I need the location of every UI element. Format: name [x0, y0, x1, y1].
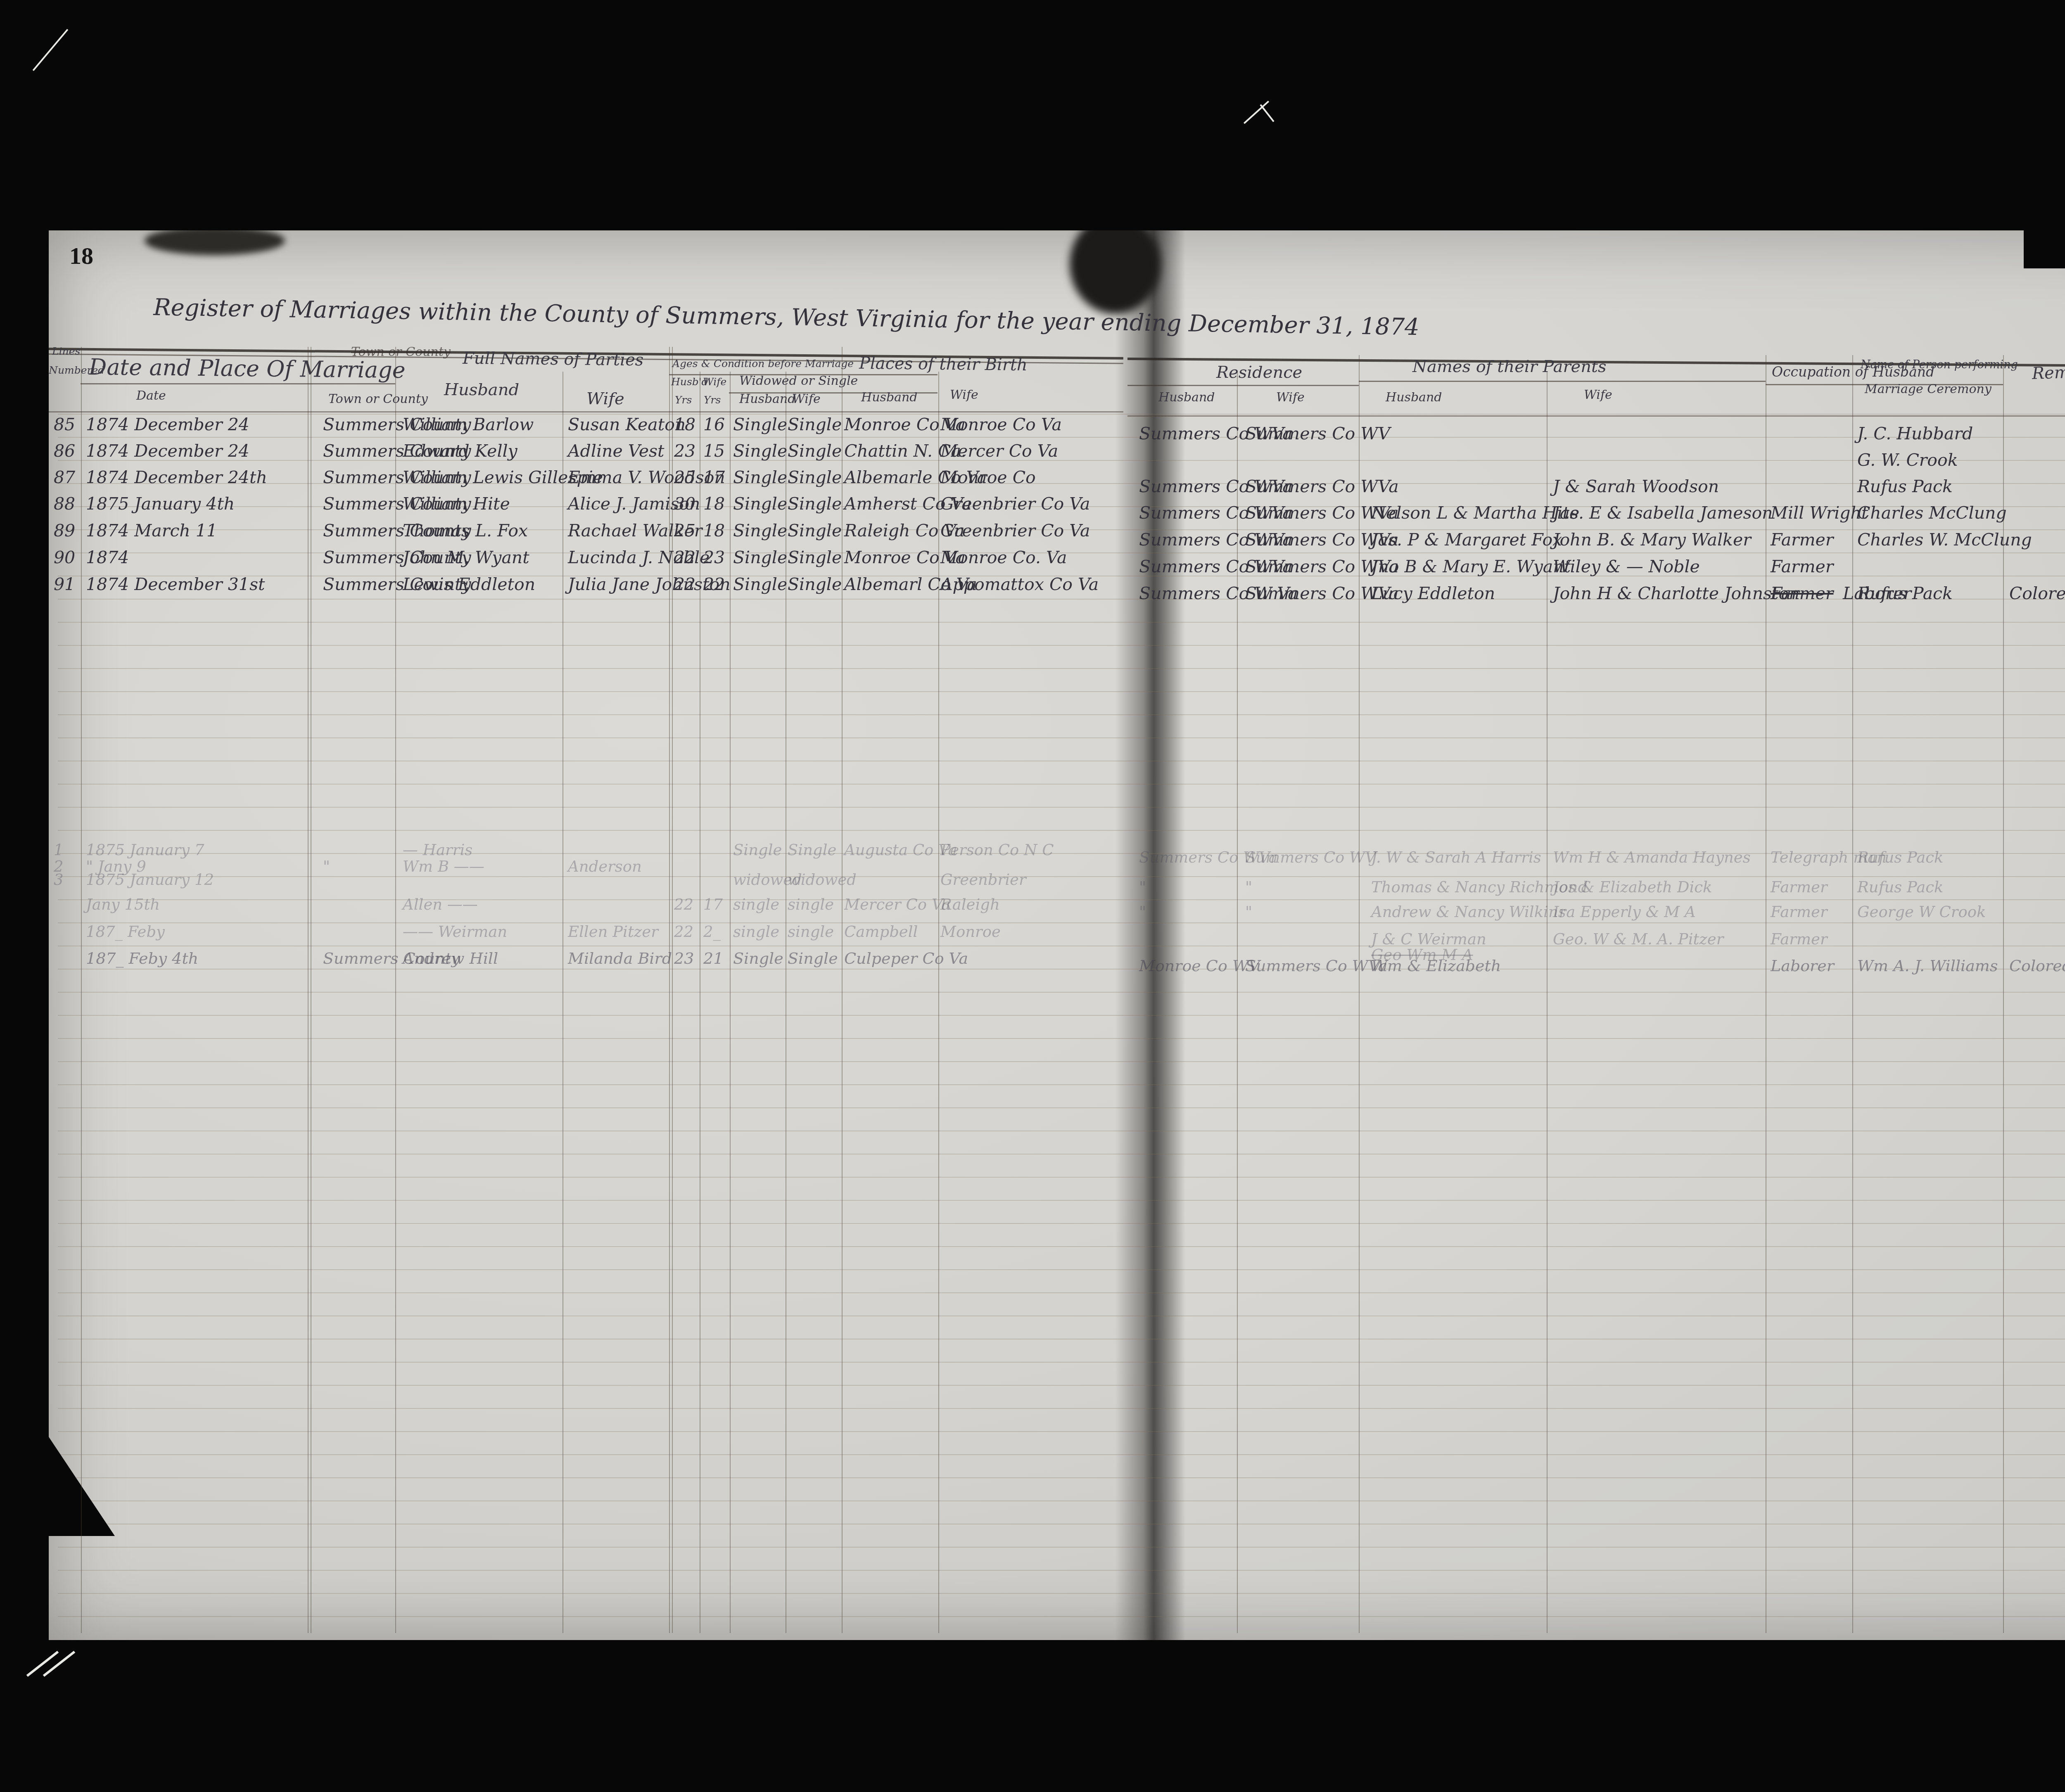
- cell-cond-h: Single: [733, 416, 787, 433]
- cell-par-w: John B. & Mary Walker: [1553, 531, 1751, 548]
- cell-remarks: Colored: [2009, 958, 2065, 974]
- cell-husband: Lewis Eddleton: [403, 576, 535, 593]
- cell-birth-h: Mercer Co Va: [844, 897, 950, 912]
- column-line: [1852, 355, 1853, 1633]
- header-residence-husband: Husband: [1158, 391, 1215, 404]
- header-bottom-rule-right: [1127, 415, 2065, 417]
- cell-cond-w: Single: [788, 469, 842, 486]
- header-full-names: Full Names of Parties: [463, 350, 644, 369]
- cell-age-h: 25: [674, 522, 695, 539]
- cell-age-h: 18: [674, 416, 695, 433]
- cell-cond-h: Single: [733, 576, 787, 593]
- cell-minister: Charles McClung: [1857, 505, 2007, 521]
- cell-minister: Wm A. J. Williams: [1857, 958, 1998, 974]
- cell-date: 1875 January 12: [86, 872, 214, 887]
- cell-par-h: Lucy Eddleton: [1371, 585, 1495, 602]
- header-subrule-date: [81, 383, 395, 384]
- cell-res-w: Summers Co WV: [1245, 850, 1376, 865]
- cell-birth-h: Culpeper Co Va: [844, 951, 968, 966]
- header-bottom-rule-left: [49, 411, 1123, 412]
- cell-res-h: Monroe Co WV: [1139, 958, 1260, 974]
- header-town-sub: Town or County: [328, 393, 428, 405]
- cell-age-h: 23: [674, 951, 694, 966]
- cell-cond-h: single: [733, 924, 779, 939]
- header-minister-line2: Marriage Ceremony: [1865, 383, 1991, 396]
- cell-birth-w: Monroe Co. Va: [940, 549, 1067, 566]
- cell-minister: Rufus Pack: [1857, 879, 1943, 895]
- cell-occupation-struck: Farmer: [1771, 585, 1833, 602]
- cell-minister: Charles W. McClung: [1857, 531, 2032, 548]
- cell-par-w: John H & Charlotte Johnston: [1553, 585, 1800, 602]
- cell-birth-w: Appomattox Co Va: [940, 576, 1099, 593]
- cell-par-w: Wiley & — Noble: [1553, 558, 1700, 575]
- page-top-blotch: [145, 226, 285, 255]
- cell-age-w: 21: [703, 951, 723, 966]
- cell-age-w: 17: [703, 897, 723, 912]
- column-line: [81, 347, 82, 1633]
- cell-husband: John M. Wyant: [403, 549, 529, 566]
- cell-res-h: ": [1139, 904, 1146, 920]
- cell-age-h: 23: [674, 443, 695, 460]
- column-line: [938, 372, 939, 1633]
- column-line: [1766, 355, 1766, 1633]
- column-line: [786, 372, 786, 1633]
- cell-occ: Farmer: [1771, 879, 1828, 895]
- column-line: [672, 347, 673, 1633]
- cell-par-h: Andrew & Nancy Wilkins: [1371, 904, 1566, 920]
- page-corner-notch: [2024, 230, 2065, 268]
- cell-age-h: 30: [674, 495, 695, 512]
- cell-birth-w: Mercer Co Va: [940, 443, 1058, 460]
- header-wife-age: Wife: [703, 377, 726, 387]
- column-line: [842, 347, 843, 1633]
- header-widowed-single: Widowed or Single: [739, 375, 858, 387]
- cell-par-h: Wm & Elizabeth: [1371, 958, 1501, 974]
- header-date-place: Date and Place Of Marriage: [89, 356, 406, 382]
- column-line: [308, 347, 309, 1633]
- cell-minister: George W Crook: [1857, 904, 1986, 920]
- cell-res-w: Summers Co WVa: [1245, 958, 1388, 974]
- cell-date: 1874 December 24th: [86, 469, 267, 486]
- cell-husband: Allen ——: [403, 897, 478, 912]
- header-minister-line1: Name of Person performing: [1861, 359, 2018, 370]
- cell-par-h: Jas. P & Margaret Fox: [1371, 531, 1562, 548]
- cell-occ: Farmer: [1771, 904, 1828, 920]
- cell-date: 1874 December 24: [86, 416, 249, 433]
- cell-no: 90: [54, 549, 75, 566]
- cell-res-w: Summers Co WV: [1245, 425, 1390, 442]
- column-line: [700, 372, 700, 1633]
- cell-husband: Andrew Hill: [403, 951, 498, 966]
- black-border-top: [0, 0, 2065, 230]
- cell-par-h: J & C Weirman: [1371, 932, 1486, 947]
- cell-age-w: 16: [703, 416, 725, 433]
- cell-husband: Edward Kelly: [403, 443, 517, 460]
- cell-husband: William Barlow: [403, 416, 534, 433]
- cell-par-w: Ira Epperly & M A: [1553, 904, 1696, 920]
- cell-res-w: ": [1245, 879, 1252, 895]
- cell-occ: Mill Wright: [1771, 505, 1868, 521]
- header-subrule-residence: [1127, 385, 1359, 386]
- header-wife-name: Wife: [586, 391, 624, 407]
- cell-cond-h: Single: [733, 951, 783, 966]
- header-town-county-struck: Town or County: [351, 346, 451, 358]
- cell-cond-h: Single: [733, 495, 787, 512]
- cell-birth-w: Greenbrier Co Va: [940, 522, 1090, 539]
- cell-age-w: 23: [703, 549, 725, 566]
- cell-birth-w: Person Co N C: [940, 842, 1054, 858]
- cell-res-w: ": [1245, 904, 1252, 920]
- cell-birth-w: Monroe: [940, 924, 1001, 939]
- cell-birth-w: Monroe Co Va: [940, 416, 1062, 433]
- cell-wife: Adline Vest: [568, 443, 664, 460]
- header-yrs-w: Yrs: [704, 395, 721, 405]
- header-husband-name: Husband: [444, 382, 519, 398]
- column-line: [1547, 372, 1548, 1633]
- cell-no: 87: [54, 469, 75, 486]
- cell-cond-w: single: [788, 897, 834, 912]
- header-ages-condition: Ages & Condition before Marriage: [672, 358, 854, 369]
- cell-cond-w: widowed: [788, 872, 857, 887]
- black-border-left: [0, 0, 49, 1792]
- cell-cond-h: Single: [733, 842, 782, 858]
- cell-minister: Rufus Pack: [1857, 585, 1953, 602]
- cell-age-h: 22: [674, 897, 693, 912]
- column-line: [730, 372, 731, 1633]
- cell-age-h: 22: [674, 924, 693, 939]
- cell-par-w: J & Sarah Woodson: [1553, 478, 1719, 495]
- cell-age-h: 22: [674, 576, 695, 593]
- column-line: [1359, 355, 1360, 1633]
- cell-no: 89: [54, 522, 75, 539]
- column-line: [311, 347, 311, 1633]
- cell-cond-h: Single: [733, 469, 787, 486]
- cell-cond-w: Single: [788, 951, 838, 966]
- cell-par-h: Jno B & Mary E. Wyant: [1371, 558, 1571, 575]
- cell-cond-w: Single: [788, 495, 842, 512]
- cell-birth-w: Greenbrier Co Va: [940, 495, 1090, 512]
- cell-wife: Susan Keaton: [568, 416, 686, 433]
- cell-husband: William Hite: [403, 495, 510, 512]
- header-residence: Residence: [1216, 364, 1302, 381]
- cell-age-w: 18: [703, 522, 725, 539]
- cell-age-w: 22: [703, 576, 725, 593]
- header-lines: Lines: [52, 346, 80, 356]
- cell-minister: G. W. Crook: [1857, 452, 1958, 469]
- cell-husband: Wm B ——: [403, 859, 484, 874]
- cell-birth-w: Greenbrier: [940, 872, 1026, 887]
- cell-cond-w: Single: [788, 443, 842, 460]
- cell-age-w: 15: [703, 443, 725, 460]
- header-residence-wife: Wife: [1276, 391, 1305, 404]
- header-places-birth: Places of their Birth: [859, 355, 1028, 373]
- cell-occ: Farmer: [1771, 932, 1828, 947]
- cell-cond-w: Single: [788, 842, 836, 858]
- cell-cond-w: Single: [788, 522, 842, 539]
- cell-no: 88: [54, 495, 75, 512]
- column-line: [563, 372, 563, 1633]
- cell-res-h: ": [1139, 879, 1146, 895]
- cell-town: ": [323, 859, 330, 874]
- cell-cond-w: Single: [788, 416, 842, 433]
- cell-cond-h: Single: [733, 443, 787, 460]
- cell-occ: Farmer: [1771, 531, 1833, 548]
- cell-date: 1875 January 4th: [86, 495, 235, 512]
- cell-par-h: J. W & Sarah A Harris: [1371, 850, 1541, 865]
- header-widowed-husband: Husband: [739, 393, 796, 405]
- cell-age-h: 25: [674, 469, 695, 486]
- cell-no: 91: [54, 576, 75, 593]
- cell-wife: Ellen Pitzer: [568, 924, 658, 939]
- cell-age-w: 2_: [703, 924, 721, 939]
- cell-wife: Milanda Bird: [568, 951, 672, 966]
- cell-res-w: Summers Co WVa: [1245, 478, 1399, 495]
- cell-birth-w: Monroe Co: [940, 469, 1036, 486]
- cell-no: 86: [54, 443, 75, 460]
- header-birth-wife: Wife: [950, 389, 978, 401]
- cell-minister: Rufus Pack: [1857, 478, 1953, 495]
- cell-date: Jany 15th: [86, 897, 160, 912]
- black-border-bottom: [0, 1640, 2065, 1792]
- cell-age-w: 17: [703, 469, 725, 486]
- cell-minister: J. C. Hubbard: [1857, 425, 1973, 442]
- cell-cond-h: Single: [733, 522, 787, 539]
- cell-cond-w: Single: [788, 576, 842, 593]
- cell-par-w: Jas. E & Isabella Jameson: [1553, 505, 1773, 521]
- header-yrs-h: Yrs: [675, 395, 692, 405]
- cell-wife: Anderson: [568, 859, 642, 874]
- cell-cond-h: Single: [733, 549, 787, 566]
- cell-minister: Rufus Pack: [1857, 850, 1943, 865]
- column-line: [395, 347, 396, 1633]
- cell-date: 187_ Feby 4th: [86, 951, 198, 966]
- cell-date: 1874: [86, 549, 129, 566]
- page-number-left: 18: [69, 242, 93, 270]
- cell-age-w: 18: [703, 495, 725, 512]
- header-names-parents: Names of their Parents: [1412, 358, 1607, 375]
- cell-cond-w: single: [788, 924, 834, 939]
- cell-occ: Farmer: [1771, 558, 1833, 575]
- cell-date: 1875 January 7: [86, 842, 204, 858]
- cell-date: 1874 December 31st: [86, 576, 265, 593]
- cell-date: 187_ Feby: [86, 924, 165, 939]
- cell-par-w: Wm H & Amanda Haynes: [1553, 850, 1751, 865]
- cell-birth-w: Raleigh: [940, 897, 1000, 912]
- cell-age-h: 22: [674, 549, 695, 566]
- cell-date: 1874 March 11: [86, 522, 217, 539]
- cell-par-w: Geo. W & M. A. Pitzer: [1553, 932, 1723, 947]
- cell-birth-h: Campbell: [844, 924, 918, 939]
- cell-husband: — Harris: [403, 842, 472, 858]
- column-line: [2003, 355, 2004, 1633]
- header-parents-wife: Wife: [1584, 389, 1612, 401]
- cell-no: 3: [54, 872, 64, 887]
- cell-husband: —— Weirman: [403, 924, 507, 939]
- cell-no: 85: [54, 416, 75, 433]
- cell-wife: Emma V. Woodson: [568, 469, 725, 486]
- header-widowed-wife: Wife: [792, 393, 821, 405]
- cell-par-h: Nelson L & Martha Hite: [1371, 505, 1579, 521]
- header-subrule-parents: [1359, 381, 1766, 382]
- scanned-register-photo: 18 19 Register of Marriages within the C…: [0, 0, 2065, 1792]
- cell-no: 1: [54, 842, 64, 858]
- cell-cond-w: Single: [788, 549, 842, 566]
- cell-occ: Laborer: [1771, 958, 1834, 974]
- cell-husband: Thomas L. Fox: [403, 522, 528, 539]
- header-birth-husband: Husband: [861, 391, 918, 404]
- cell-date: 1874 December 24: [86, 443, 249, 460]
- header-parents-husband: Husband: [1386, 391, 1442, 404]
- cell-remarks: Colored: [2009, 585, 2065, 602]
- column-line: [1237, 372, 1238, 1633]
- column-line: [669, 347, 670, 1633]
- cell-cond-h: single: [733, 897, 779, 912]
- header-remarks: Remarks: [2032, 363, 2065, 382]
- header-date-sub: Date: [136, 390, 166, 402]
- cell-par-w: Jos & Elizabeth Dick: [1553, 879, 1712, 895]
